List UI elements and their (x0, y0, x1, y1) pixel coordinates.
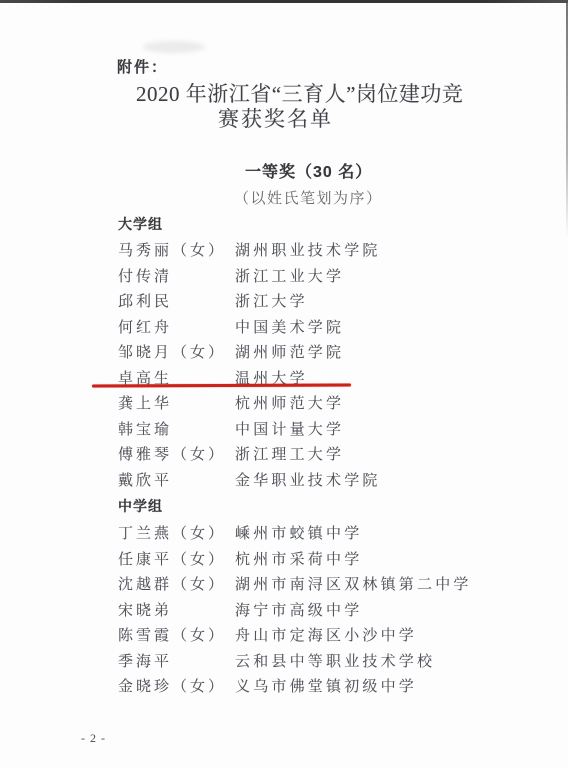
winner-row: 丁兰燕（女）嵊州市蛟镇中学 (118, 522, 472, 548)
winner-name: 宋晓弟 (118, 599, 235, 625)
winner-org: 湖州职业技术学院 (235, 243, 381, 259)
winner-row: 付传清浙江工业大学 (118, 265, 472, 291)
winner-list: 大学组 马秀丽（女）湖州职业技术学院 付传清浙江工业大学 邱利民浙江大学 何红舟… (118, 215, 472, 701)
winner-org: 中国美术学院 (235, 320, 344, 336)
winner-row: 任康平（女）杭州市采荷中学 (118, 548, 472, 574)
winner-org: 义乌市佛堂镇初级中学 (235, 679, 417, 695)
order-note: （以姓氏笔划为序） (234, 187, 383, 208)
page-number: - 2 - (81, 731, 106, 746)
attachment-label: 附件： (117, 56, 168, 77)
winner-name: 邹晓月（女） (118, 341, 235, 367)
winner-name: 付传清 (118, 265, 235, 291)
winner-org: 中国计量大学 (235, 422, 344, 438)
scan-edge-top (0, 0, 568, 3)
winner-name: 季海平 (118, 650, 235, 676)
winner-org: 杭州市采荷中学 (235, 552, 362, 568)
winner-org: 云和县中等职业技术学校 (235, 654, 435, 670)
winner-org: 浙江理工大学 (235, 447, 344, 463)
winner-name: 韩宝瑜 (118, 418, 235, 444)
scan-artifact-smudge (143, 41, 205, 53)
document-page: 附件： 2020 年浙江省“三育人”岗位建功竞 赛获奖名单 一等奖（30 名） … (0, 0, 568, 768)
winner-row: 季海平云和县中等职业技术学校 (118, 650, 472, 676)
winner-name: 邱利民 (118, 290, 235, 316)
winner-name: 何红舟 (118, 316, 235, 342)
winner-name: 傅雅琴（女） (118, 443, 235, 469)
winner-row: 邹晓月（女）湖州师范学院 (118, 341, 472, 367)
winner-name: 沈越群（女） (118, 573, 235, 599)
winner-name: 戴欣平 (118, 469, 235, 495)
winner-row: 陈雪霞（女）舟山市定海区小沙中学 (118, 624, 472, 650)
winner-row-underlined: 卓高生温州大学 (118, 367, 472, 393)
winner-name: 丁兰燕（女） (118, 522, 235, 548)
winner-org: 金华职业技术学院 (235, 473, 381, 489)
winner-org: 湖州市南浔区双林镇第二中学 (235, 577, 472, 593)
winner-name: 金晓珍（女） (118, 675, 235, 701)
winner-org: 浙江工业大学 (235, 269, 344, 285)
winner-row: 戴欣平金华职业技术学院 (118, 469, 472, 495)
group-label-university: 大学组 (118, 215, 472, 239)
document-title-line2: 赛获奖名单 (218, 103, 333, 133)
winner-name: 马秀丽（女） (118, 239, 235, 265)
winner-row: 沈越群（女）湖州市南浔区双林镇第二中学 (118, 573, 472, 599)
winner-org: 浙江大学 (235, 294, 308, 310)
winner-row: 何红舟中国美术学院 (118, 316, 472, 342)
winner-org: 杭州师范大学 (235, 396, 344, 412)
winner-org: 海宁市高级中学 (235, 603, 362, 619)
winner-row: 韩宝瑜中国计量大学 (118, 418, 472, 444)
winner-name: 龚上华 (118, 392, 235, 418)
winner-row: 宋晓弟海宁市高级中学 (118, 599, 472, 625)
winner-name: 任康平（女） (118, 548, 235, 574)
winner-row: 邱利民浙江大学 (118, 290, 472, 316)
winner-name: 陈雪霞（女） (118, 624, 235, 650)
group-label-middle-school: 中学组 (118, 496, 472, 522)
winner-org: 湖州师范学院 (235, 345, 344, 361)
award-heading: 一等奖（30 名） (245, 159, 372, 182)
winner-row: 金晓珍（女）义乌市佛堂镇初级中学 (118, 675, 472, 701)
winner-row: 龚上华杭州师范大学 (118, 392, 472, 418)
winner-row: 马秀丽（女）湖州职业技术学院 (118, 239, 472, 265)
winner-name: 卓高生 (118, 367, 235, 393)
winner-row: 傅雅琴（女）浙江理工大学 (118, 443, 472, 469)
winner-org: 舟山市定海区小沙中学 (235, 628, 417, 644)
winner-org: 嵊州市蛟镇中学 (235, 526, 362, 542)
